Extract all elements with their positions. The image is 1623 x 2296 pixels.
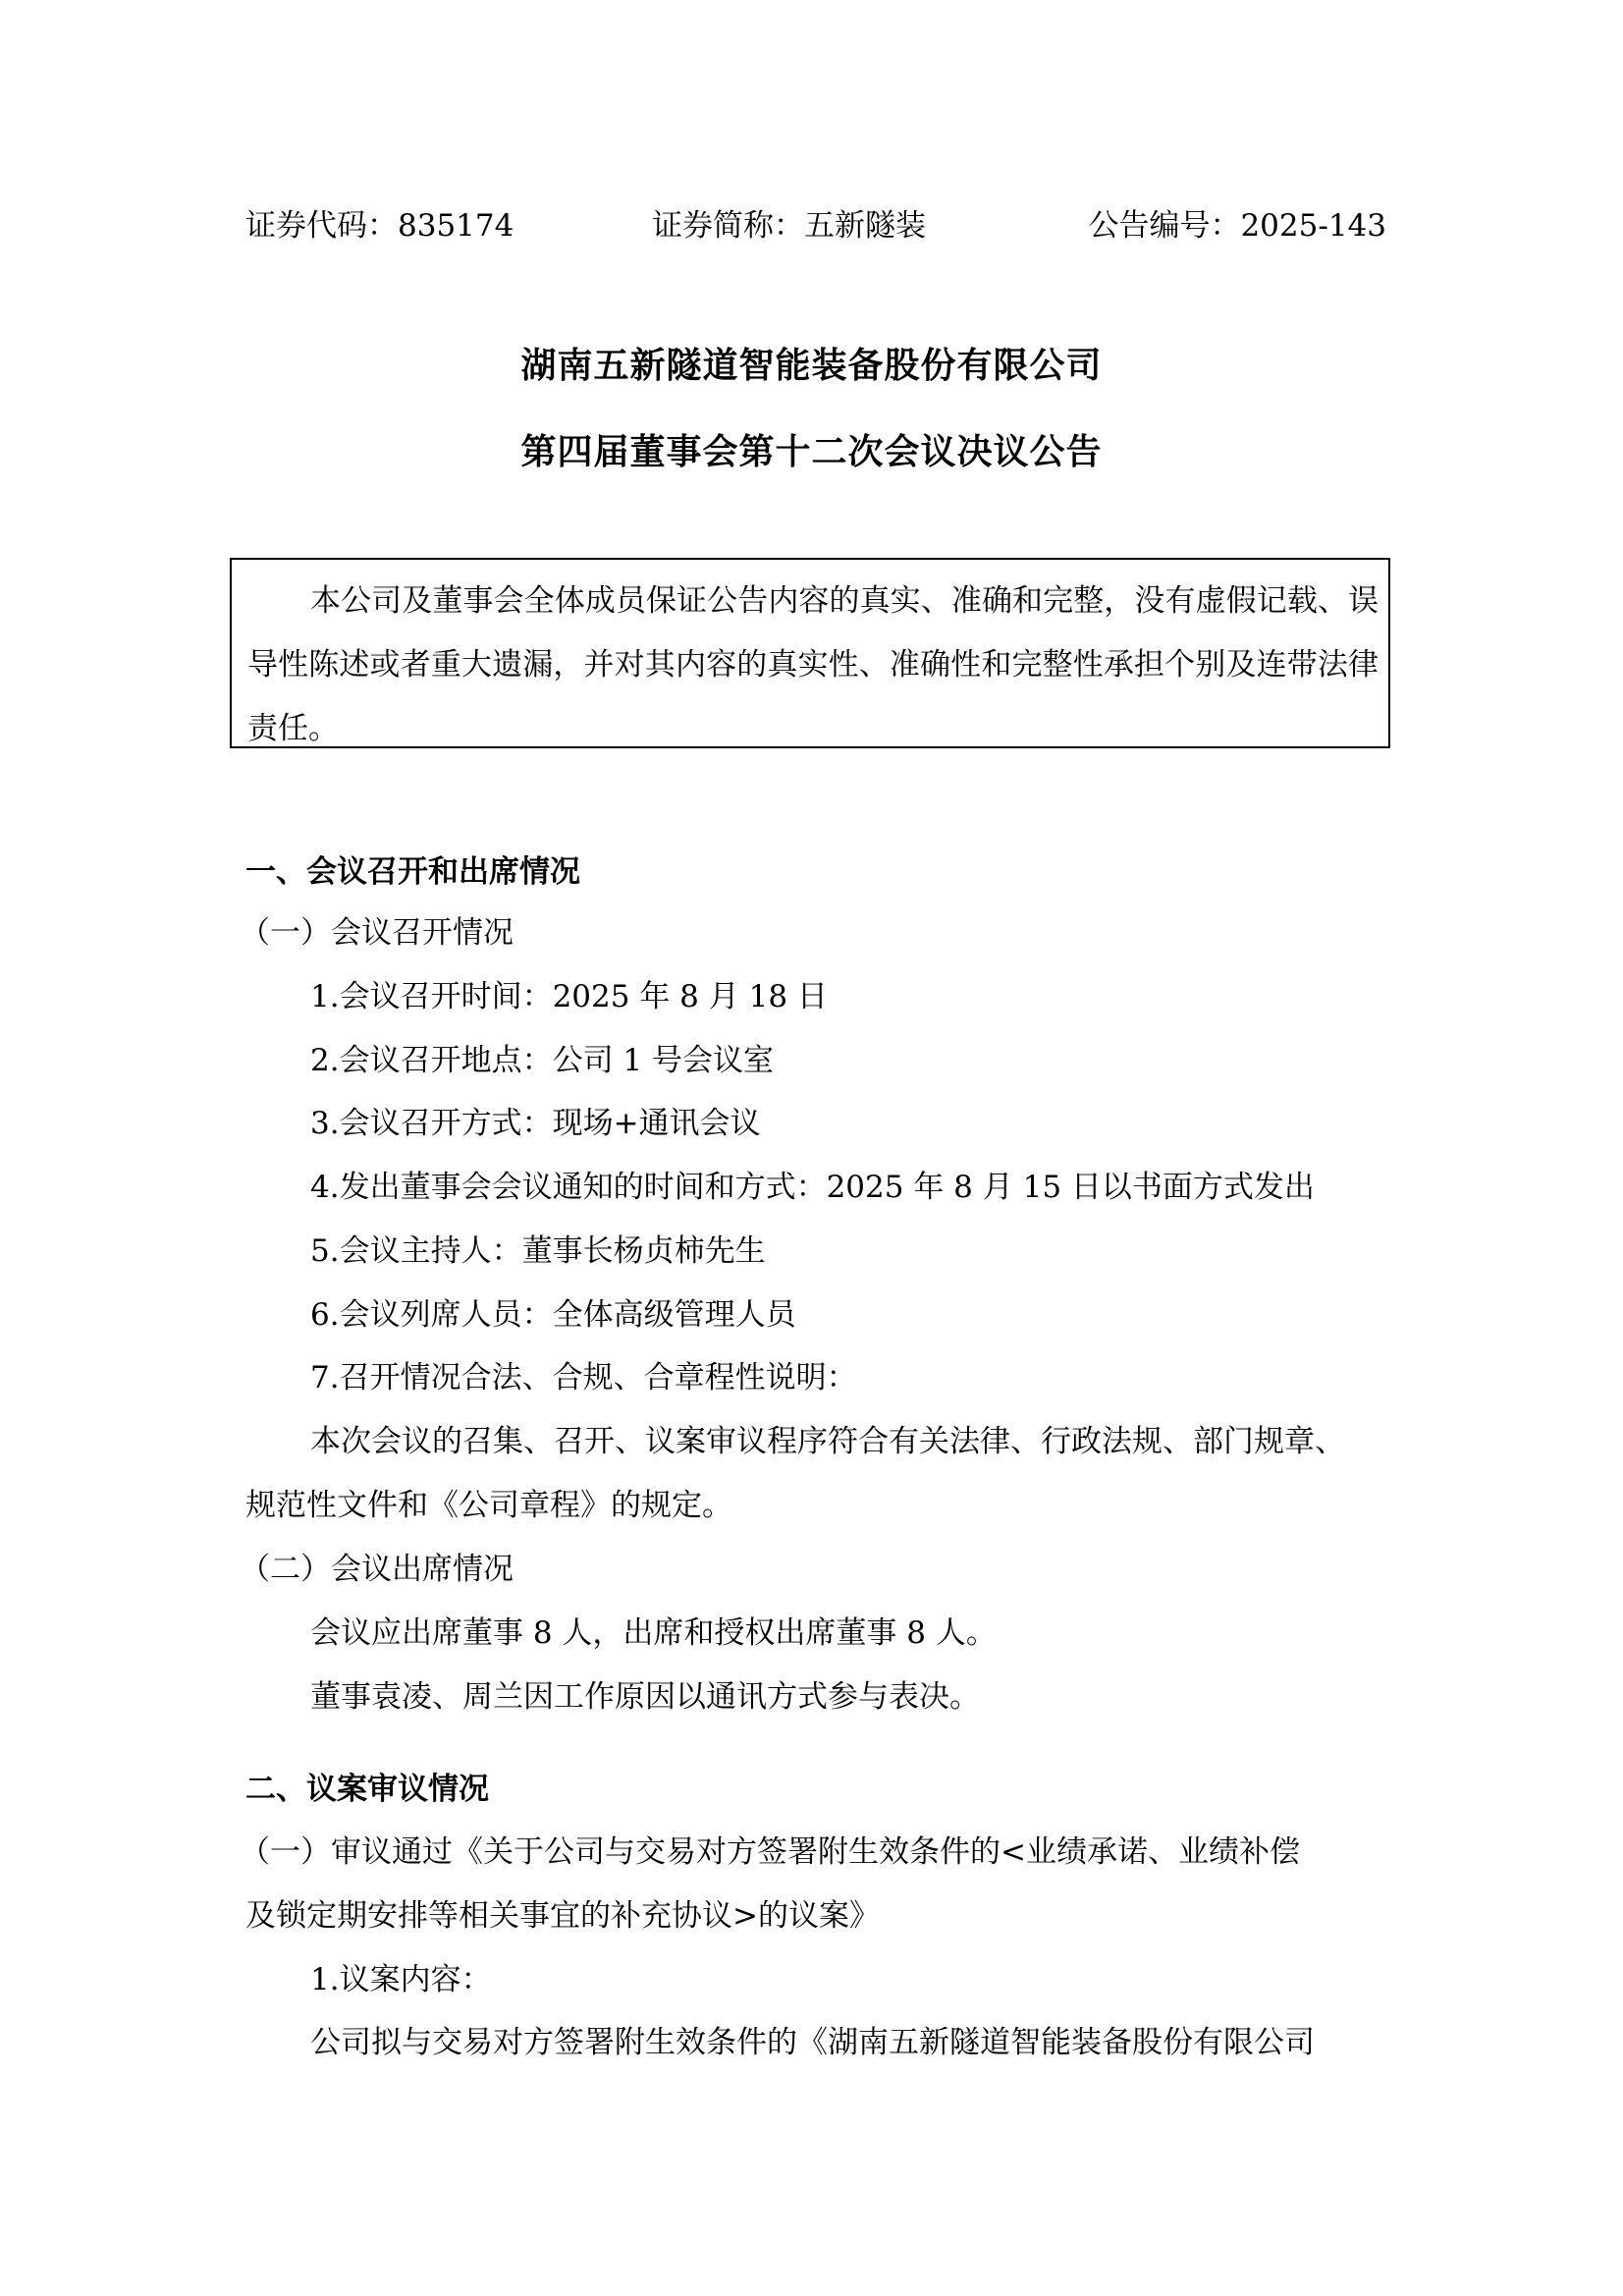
document-header: 证券代码：835174 证券简称：五新隧装 公告编号：2025-143 [245, 204, 1386, 247]
disclaimer-box: 本公司及董事会全体成员保证公告内容的真实、准确和完整，没有虚假记载、误导性陈述或… [230, 558, 1390, 748]
item-meeting-time: 1.会议召开时间：2025 年 8 月 18 日 [310, 975, 828, 1018]
compliance-text-line2: 规范性文件和《公司章程》的规定。 [245, 1484, 732, 1527]
item-compliance: 7.召开情况合法、合规、合章程性说明： [310, 1356, 857, 1399]
company-title: 湖南五新隧道智能装备股份有限公司 [0, 342, 1623, 391]
document-page: 证券代码：835174 证券简称：五新隧装 公告编号：2025-143 湖南五新… [0, 0, 1623, 2296]
subsection-heading-attendance: （二）会议出席情况 [240, 1548, 514, 1591]
item-meeting-method: 3.会议召开方式：现场+通讯会议 [310, 1102, 761, 1145]
proposal-content-line1: 公司拟与交易对方签署附生效条件的《湖南五新隧道智能装备股份有限公司 [310, 2021, 1315, 2064]
remote-voting-text: 董事袁凌、周兰因工作原因以通讯方式参与表决。 [310, 1675, 980, 1719]
announcement-title: 第四届董事会第十二次会议决议公告 [0, 428, 1623, 477]
section-heading-proposals: 二、议案审议情况 [245, 1768, 489, 1811]
subsection-heading-convening: （一）会议召开情况 [240, 911, 514, 955]
item-meeting-location: 2.会议召开地点：公司 1 号会议室 [310, 1039, 774, 1082]
compliance-text-line1: 本次会议的召集、召开、议案审议程序符合有关法律、行政法规、部门规章、 [310, 1420, 1345, 1463]
proposal-content-label: 1.议案内容： [310, 1958, 492, 2001]
proposal-heading-line2: 及锁定期安排等相关事宜的补充协议>的议案》 [245, 1894, 880, 1938]
security-abbreviation: 证券简称：五新隧装 [652, 204, 926, 247]
proposal-heading-line1: （一）审议通过《关于公司与交易对方签署附生效条件的<业绩承诺、业绩补偿 [240, 1831, 1300, 1874]
attendance-text: 会议应出席董事 8 人，出席和授权出席董事 8 人。 [310, 1612, 997, 1655]
section-heading-meeting: 一、会议召开和出席情况 [245, 850, 580, 894]
security-code: 证券代码：835174 [245, 204, 514, 247]
item-host: 5.会议主持人：董事长杨贞柿先生 [310, 1230, 766, 1273]
announcement-number: 公告编号：2025-143 [1088, 204, 1386, 247]
item-attendees: 6.会议列席人员：全体高级管理人员 [310, 1293, 796, 1337]
item-notice-time: 4.发出董事会会议通知的时间和方式：2025 年 8 月 15 日以书面方式发出 [310, 1166, 1315, 1209]
disclaimer-text: 本公司及董事会全体成员保证公告内容的真实、准确和完整，没有虚假记载、误导性陈述或… [247, 570, 1379, 761]
